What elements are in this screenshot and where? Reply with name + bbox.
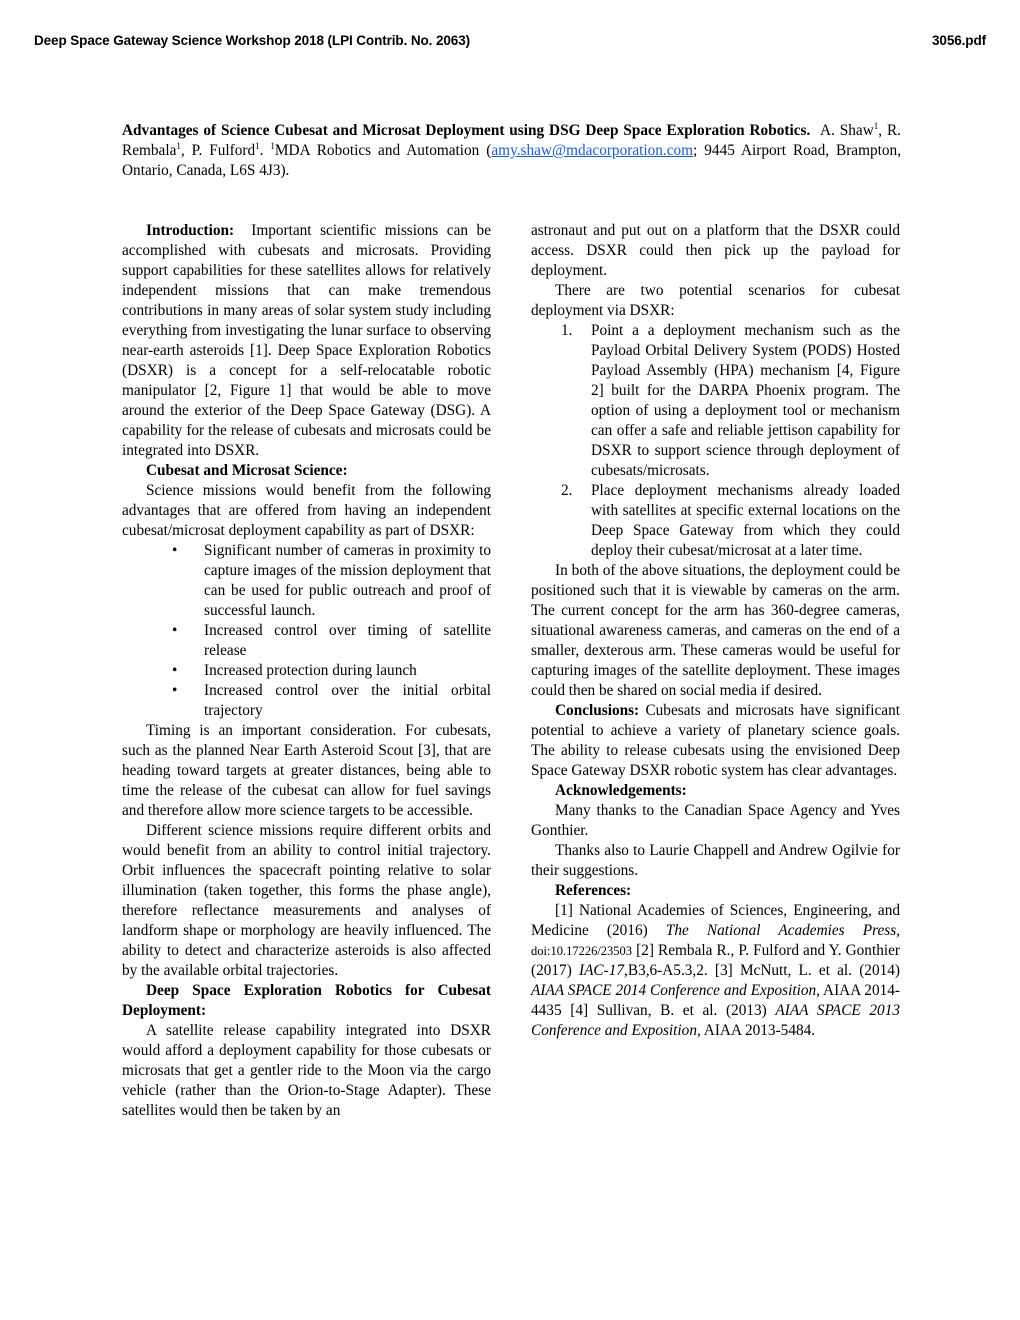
references-list: [1] National Academies of Sciences, Engi… [531,901,900,1041]
orbits-paragraph: Different science missions require diffe… [122,821,491,981]
introduction-paragraph: Introduction: Important scientific missi… [122,221,491,461]
dsxr-paragraph-continued: astronaut and put out on a platform that… [531,221,900,281]
file-name: 3056.pdf [932,33,986,48]
scenarios-list: 1.Point a a deployment mechanism such as… [531,321,900,561]
title-block: Advantages of Science Cubesat and Micros… [122,121,901,181]
dsxr-heading: Deep Space Exploration Robotics for Cube… [122,981,491,1021]
science-heading: Cubesat and Microsat Science: [122,461,491,481]
affiliation: MDA Robotics and Automation ( [275,142,491,159]
conclusions-heading: Conclusions: [555,702,639,719]
list-item: 2.Place deployment mechanisms already lo… [531,481,900,561]
bullet-icon: • [172,661,177,681]
workshop-title: Deep Space Gateway Science Workshop 2018… [34,33,470,48]
author: P. Fulford [192,142,255,159]
right-column: astronaut and put out on a platform that… [531,221,900,1041]
scenarios-intro: There are two potential scenarios for cu… [531,281,900,321]
running-header: Deep Space Gateway Science Workshop 2018… [34,33,986,48]
list-item: •Increased protection during launch [122,661,491,681]
list-item: 1.Point a a deployment mechanism such as… [531,321,900,481]
dsxr-paragraph: A satellite release capability integrate… [122,1021,491,1121]
email-link[interactable]: amy.shaw@mdacorporation.com [491,142,693,159]
cameras-paragraph: In both of the above situations, the dep… [531,561,900,701]
bullet-icon: • [172,681,177,701]
introduction-heading: Introduction: [146,222,234,239]
left-column: Introduction: Important scientific missi… [122,221,491,1121]
conclusions-paragraph: Conclusions: Cubesats and microsats have… [531,701,900,781]
bullet-icon: • [172,541,177,561]
acknowledgements-p2: Thanks also to Laurie Chappell and Andre… [531,841,900,881]
bullet-icon: • [172,621,177,641]
acknowledgements-heading: Acknowledgements: [531,781,900,801]
list-item: •Significant number of cameras in proxim… [122,541,491,621]
references-heading: References: [531,881,900,901]
acknowledgements-p1: Many thanks to the Canadian Space Agency… [531,801,900,841]
timing-paragraph: Timing is an important consideration. Fo… [122,721,491,821]
paper-title: Advantages of Science Cubesat and Micros… [122,122,810,139]
doi: doi:10.17226/23503 [531,944,632,958]
science-intro: Science missions would benefit from the … [122,481,491,541]
author: A. Shaw [820,122,874,139]
list-item: •Increased control over timing of satell… [122,621,491,661]
advantages-list: •Significant number of cameras in proxim… [122,541,491,721]
list-item: •Increased control over the initial orbi… [122,681,491,721]
